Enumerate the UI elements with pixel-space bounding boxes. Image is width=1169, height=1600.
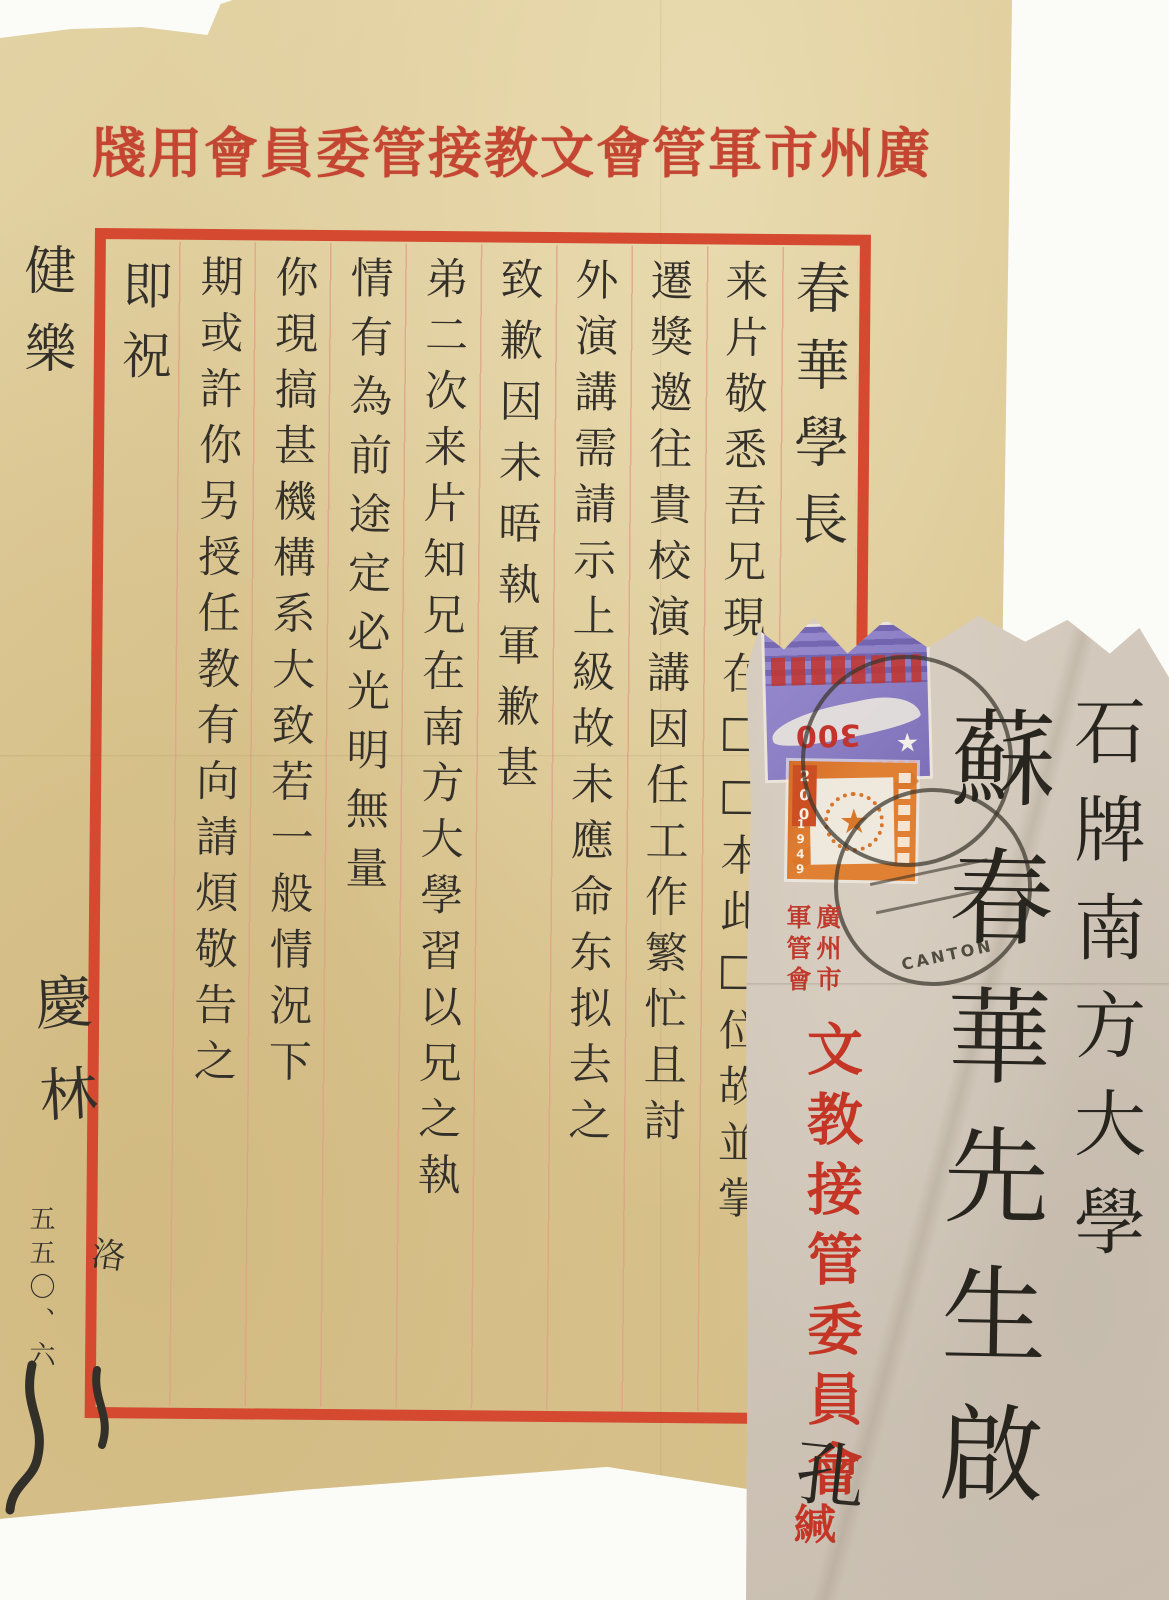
letter-column-5: 致歉因未晤執軍歉甚: [471, 256, 556, 1403]
letter-column-9: 期或許你另授任教有向請煩敬告之: [171, 254, 256, 1401]
letter-column-7: 情有為前途定必光明無量: [321, 255, 406, 1402]
sender-seal-char: 緘: [794, 1492, 836, 1552]
letter-column-8: 你現搞甚機構系大致若一般情況下: [246, 254, 331, 1401]
letter-column-3: 遷獎邀往貴校演講因任工作繁忙且討: [621, 258, 706, 1405]
letter-body: 春華學長 来片敬悉吾兄現在□□本此□位故並掌 遷獎邀往貴校演講因任工作繁忙且討 …: [102, 253, 856, 1405]
signature-flourish: [2, 1360, 152, 1520]
letterhead-title: 牋用會員委管接教文會管軍市州廣: [92, 122, 892, 187]
sender-column-city: 廣州市: [812, 904, 842, 997]
signature-name: 慶林: [15, 970, 109, 1158]
signature-date: 五五〇、六: [22, 1205, 59, 1375]
letter-column-4: 外演講需請示上級故未應命东拟去之: [546, 257, 631, 1404]
address-location-column: 石牌南方大學: [1052, 694, 1156, 1282]
envelope: 300 ★ ★ 200 1949 CANTON 廣州市 軍管會 文教接管委員會 …: [746, 608, 1169, 1600]
signature-mark: 洛: [89, 1226, 129, 1279]
stamp-orange-year: 1949: [793, 817, 808, 877]
sender-column-org: 軍管會: [782, 904, 812, 997]
sender-block-small: 廣州市 軍管會: [782, 904, 842, 997]
margin-greeting: 健樂: [8, 243, 83, 399]
letter-column-6: 弟二次来片知兄在南方大學習以兄之執: [396, 256, 481, 1403]
address-recipient-column: 蘇春華先生啟: [907, 703, 1073, 1540]
